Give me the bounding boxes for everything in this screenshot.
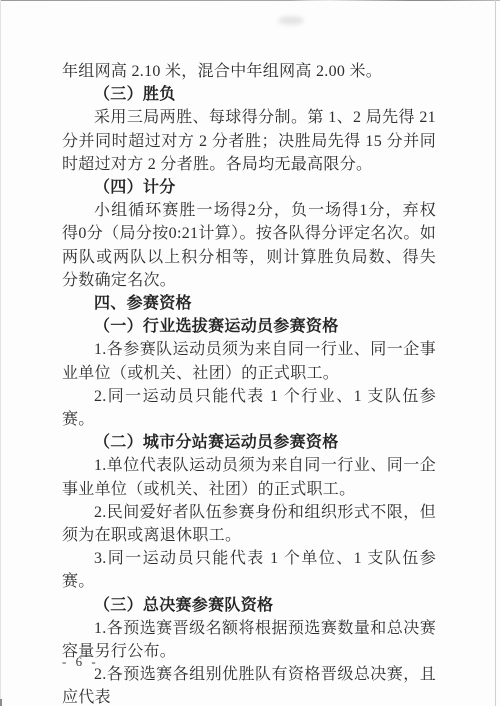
paragraph: 采用三局两胜、每球得分制。第 1、2 局先得 21 分并同时超过对方 2 分者胜… [62,106,436,176]
section-heading: 四、参赛资格 [62,292,436,315]
page-left-edge [0,0,1,706]
paragraph: 2.民间爱好者队伍参赛身份和组织形式不限，但须为在职或离退休职工。 [62,501,436,547]
paragraph: 1.各预选赛晋级名额将根据预选赛数量和总决赛容量另行公布。 [62,617,436,663]
document-page: 年组网高 2.10 米，混合中年组网高 2.00 米。（三）胜负采用三局两胜、每… [0,0,500,706]
paragraph: 2.各预选赛各组别优胜队有资格晋级总决赛，且应代表 [62,663,436,706]
page-corner-mark [0,699,2,706]
paragraph: 2.同一运动员只能代表 1 个行业、1 支队伍参赛。 [62,385,436,431]
document-body: 年组网高 2.10 米，混合中年组网高 2.00 米。（三）胜负采用三局两胜、每… [62,60,436,706]
paragraph: 年组网高 2.10 米，混合中年组网高 2.00 米。 [62,60,436,83]
page-top-edge [0,0,500,1]
section-heading: （四）计分 [62,176,436,199]
scan-smudge [278,16,304,25]
section-heading: （一）行业选拔赛运动员参赛资格 [62,315,436,338]
section-heading: （三）胜负 [62,83,436,106]
paragraph: 小组循环赛胜一场得2分，负一场得1分，弃权得0分（局分按0:21计算）。按各队得… [62,199,436,292]
paragraph: 1.单位代表队运动员须为来自同一行业、同一企事业单位（或机关、社团）的正式职工。 [62,454,436,500]
section-heading: （三）总决赛参赛队资格 [62,594,436,617]
paragraph: 3.同一运动员只能代表 1 个单位、1 支队伍参赛。 [62,547,436,593]
paragraph: 1.各参赛队运动员须为来自同一行业、同一企事业单位（或机关、社团）的正式职工。 [62,338,436,384]
page-number: - 6 - [62,654,99,670]
page-right-edge [495,0,496,706]
section-heading: （二）城市分站赛运动员参赛资格 [62,431,436,454]
